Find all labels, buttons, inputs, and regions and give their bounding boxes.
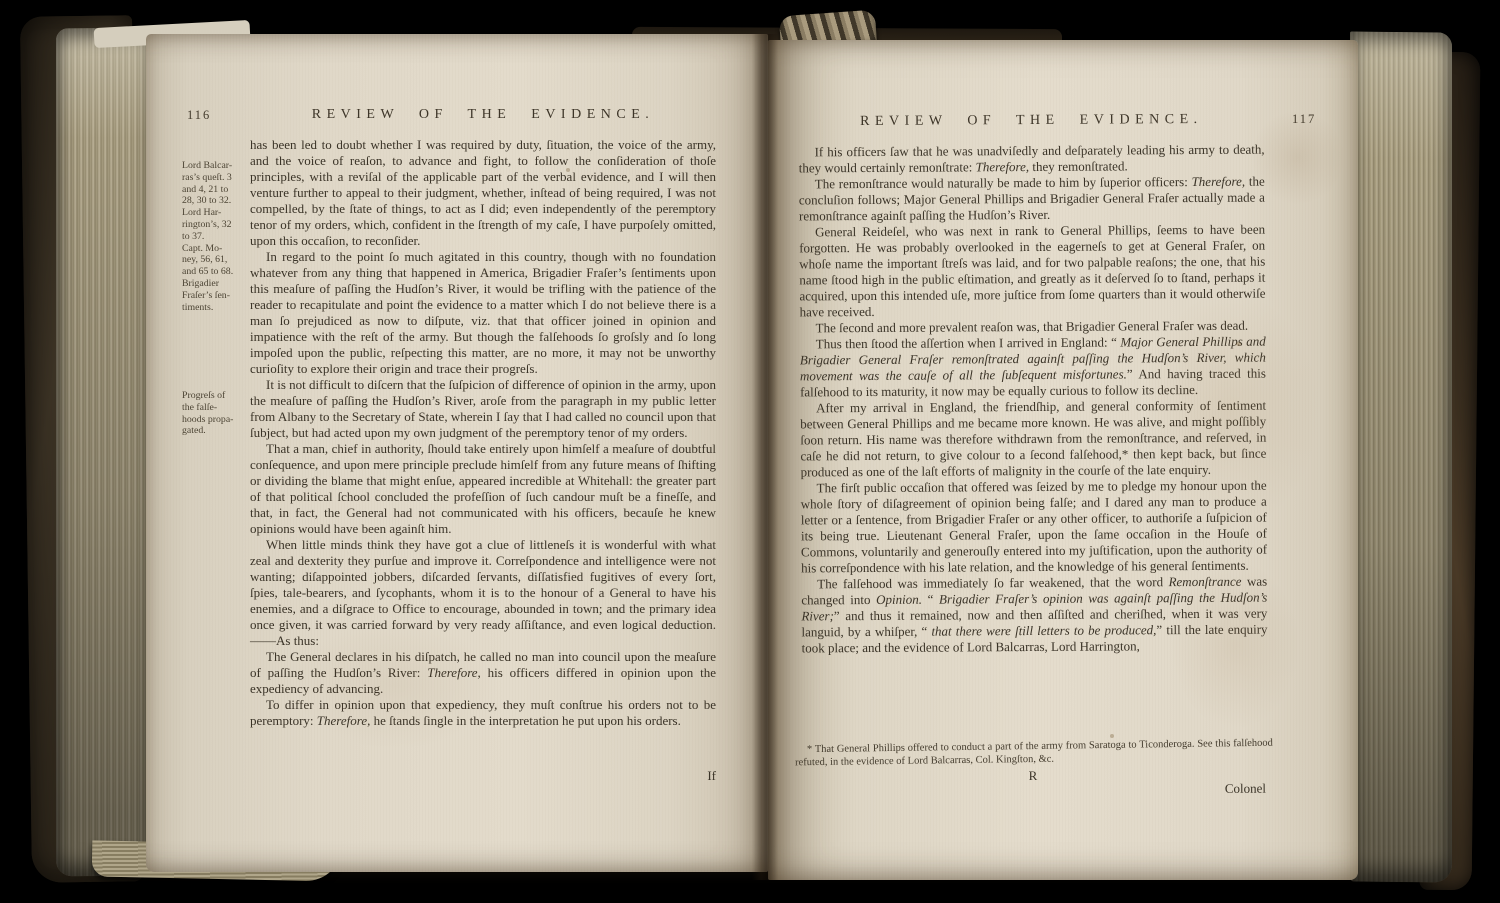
book-photo: 116 REVIEW OF THE EVIDENCE. has been led… bbox=[0, 0, 1500, 903]
paragraph: After my arrival in England, the friendſ… bbox=[800, 398, 1266, 481]
catchword-left: If bbox=[250, 768, 728, 784]
left-page-column: REVIEW OF THE EVIDENCE. has been led to … bbox=[250, 106, 716, 729]
left-page: 116 REVIEW OF THE EVIDENCE. has been led… bbox=[146, 34, 768, 872]
catchword-right: Colonel bbox=[800, 781, 1272, 800]
margin-note: Lord Balcar- ras’s queſt. 3 and 4, 21 to… bbox=[182, 160, 252, 313]
paragraph: The remonſtrance would naturally be made… bbox=[799, 174, 1265, 225]
paragraph: The firſt public occaſion that offered w… bbox=[801, 478, 1268, 577]
paragraph: In regard to the point ſo much agitated … bbox=[250, 249, 716, 377]
page-edges-left bbox=[56, 28, 154, 877]
paragraph: The General declares in his diſpatch, he… bbox=[250, 649, 716, 697]
right-page-text: If his officers ſaw that he was unadviſe… bbox=[799, 142, 1268, 657]
right-page: 117 REVIEW OF THE EVIDENCE. If his offic… bbox=[768, 40, 1358, 880]
paragraph: When little minds think they have got a … bbox=[250, 537, 716, 649]
paragraph: has been led to doubt whether I was requ… bbox=[250, 137, 716, 249]
right-page-column: REVIEW OF THE EVIDENCE. If his officers … bbox=[798, 111, 1267, 657]
margin-notes: Lord Balcar- ras’s queſt. 3 and 4, 21 to… bbox=[182, 34, 252, 872]
running-header-right: REVIEW OF THE EVIDENCE. bbox=[798, 111, 1264, 132]
paragraph: That a man, chief in authority, ſhould t… bbox=[250, 441, 716, 537]
paragraph: If his officers ſaw that he was unadviſe… bbox=[799, 142, 1265, 177]
paragraph: Thus then ſtood the aſſertion when I arr… bbox=[800, 334, 1266, 401]
paragraph: General Reideſel, who was next in rank t… bbox=[799, 222, 1266, 321]
paragraph: To differ in opinion upon that expedienc… bbox=[250, 697, 716, 729]
left-page-text: has been led to doubt whether I was requ… bbox=[250, 137, 716, 729]
running-header-left: REVIEW OF THE EVIDENCE. bbox=[250, 106, 716, 124]
paragraph: The falſehood was immediately ſo far wea… bbox=[801, 574, 1267, 657]
page-number-right: 117 bbox=[1292, 112, 1316, 127]
paragraph: It is not difficult to diſcern that the … bbox=[250, 377, 716, 441]
footnote: * That General Phillips offered to condu… bbox=[795, 737, 1273, 770]
page-edges-right bbox=[1350, 31, 1452, 882]
margin-note: Progreſs of the falſe- hoods propa- gate… bbox=[182, 390, 252, 437]
